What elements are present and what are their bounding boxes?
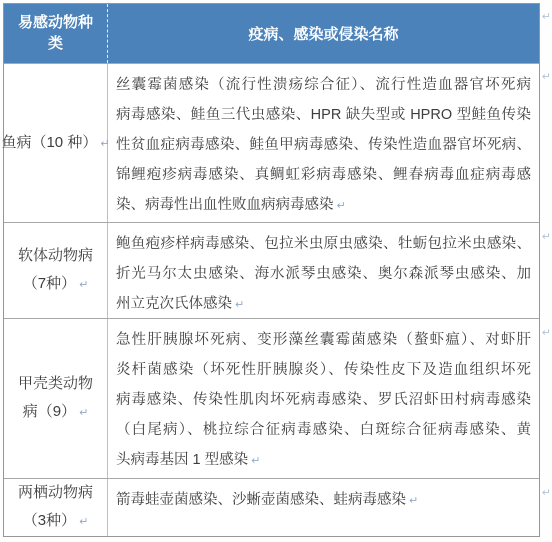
species-cell-amphibian: 两栖动物病 （3种）↵	[4, 479, 108, 536]
disease-text: 染、病毒性出血性败血病病毒感染	[116, 197, 334, 213]
species-cell-fish: 鱼病（10 种）↵	[4, 64, 108, 223]
paragraph-mark: ↵	[79, 279, 88, 291]
species-text: （3种）	[23, 512, 76, 529]
disease-line: 折光马尔太虫感染、海水派琴虫感染、奥尔森派琴虫感染、加	[116, 259, 531, 289]
species-label: 两栖动物病	[18, 479, 93, 507]
disease-text: 头病毒基因 1 型感染	[116, 452, 248, 468]
row-end-mark: ↵	[542, 328, 551, 339]
species-label: 软体动物病	[18, 242, 93, 270]
row-end-mark: ↵	[542, 232, 551, 243]
disease-line: （白尾病）、桃拉综合征病毒感染、白斑综合征病毒感染、黄	[116, 415, 531, 445]
paragraph-mark: ↵	[235, 299, 244, 311]
table-header-row: 易感动物种 类 疫病、感染或侵染名称	[4, 4, 539, 63]
aquatic-disease-table: 易感动物种 类 疫病、感染或侵染名称 鱼病（10 种）↵ 丝囊霉菌感染（流行性溃…	[3, 3, 540, 537]
disease-text: 箭毒蛙壶菌感染、沙蜥壶菌感染、蛙病毒感染	[116, 492, 406, 508]
diseases-cell-amphibian: 箭毒蛙壶菌感染、沙蜥壶菌感染、蛙病毒感染↵	[108, 479, 539, 536]
species-label: （7种）↵	[23, 270, 89, 299]
table-row-crustacean: 甲壳类动物 病（9）↵ 急性肝胰腺坏死病、变形藻丝囊霉菌感染（螯虾瘟）、对虾肝 …	[4, 318, 539, 478]
table-row-fish: 鱼病（10 种）↵ 丝囊霉菌感染（流行性溃疡综合征）、流行性造血器官坏死病 病毒…	[4, 63, 539, 223]
paragraph-mark: ↵	[251, 455, 260, 467]
disease-line: 锦鲤疱疹病毒感染、真鲷虹彩病毒感染、鲤春病毒血症病毒感	[116, 160, 531, 190]
diseases-cell-crustacean: 急性肝胰腺坏死病、变形藻丝囊霉菌感染（螯虾瘟）、对虾肝 炎杆菌感染（坏死性肝胰腺…	[108, 319, 539, 478]
row-end-mark: ↵	[542, 488, 551, 499]
disease-line: 病毒感染、传染性肌肉坏死病毒感染、罗氏沼虾田村病毒感染	[116, 385, 531, 415]
diseases-cell-mollusc: 鲍鱼疱疹样病毒感染、包拉米虫原虫感染、牡蛎包拉米虫感染、 折光马尔太虫感染、海水…	[108, 223, 539, 318]
header-disease-column: 疫病、感染或侵染名称	[108, 4, 539, 63]
disease-line: 性贫血症病毒感染、鲑鱼甲病毒感染、传染性造血器官坏死病、	[116, 130, 531, 160]
species-cell-crustacean: 甲壳类动物 病（9）↵	[4, 319, 108, 478]
table-row-amphibian: 两栖动物病 （3种）↵ 箭毒蛙壶菌感染、沙蜥壶菌感染、蛙病毒感染↵	[4, 478, 539, 536]
species-label: 鱼病（10 种）↵	[1, 129, 109, 158]
species-text: 鱼病（10 种）	[1, 134, 97, 151]
disease-line: 急性肝胰腺坏死病、变形藻丝囊霉菌感染（螯虾瘟）、对虾肝	[116, 325, 531, 355]
species-text: （7种）	[23, 275, 76, 292]
diseases-cell-fish: 丝囊霉菌感染（流行性溃疡综合征）、流行性造血器官坏死病 病毒感染、鲑鱼三代虫感染…	[108, 64, 539, 223]
paragraph-mark: ↵	[409, 495, 418, 507]
disease-line: 头病毒基因 1 型感染↵	[116, 445, 531, 476]
disease-line: 炎杆菌感染（坏死性肝胰腺炎）、传染性皮下及造血组织坏死	[116, 355, 531, 385]
species-label: 甲壳类动物	[18, 370, 93, 398]
disease-line: 鲍鱼疱疹样病毒感染、包拉米虫原虫感染、牡蛎包拉米虫感染、	[116, 229, 531, 259]
paragraph-mark: ↵	[79, 516, 88, 528]
disease-line: 州立克次氏体感染↵	[116, 289, 531, 320]
row-end-mark: ↵	[542, 12, 551, 23]
document-page: 易感动物种 类 疫病、感染或侵染名称 鱼病（10 种）↵ 丝囊霉菌感染（流行性溃…	[0, 0, 552, 542]
table-row-mollusc: 软体动物病 （7种）↵ 鲍鱼疱疹样病毒感染、包拉米虫原虫感染、牡蛎包拉米虫感染、…	[4, 222, 539, 318]
species-text: 病（9）	[23, 403, 76, 420]
header-species-label-line1: 易感动物种	[18, 12, 93, 33]
row-end-mark: ↵	[542, 72, 551, 83]
disease-line: 病毒感染、鲑鱼三代虫感染、HPR 缺失型或 HPRO 型鲑鱼传染	[116, 100, 531, 130]
header-disease-label: 疫病、感染或侵染名称	[248, 23, 398, 44]
disease-text: 州立克次氏体感染	[116, 296, 232, 312]
disease-line: 染、病毒性出血性败血病病毒感染↵	[116, 190, 531, 221]
species-cell-mollusc: 软体动物病 （7种）↵	[4, 223, 108, 318]
disease-line: 丝囊霉菌感染（流行性溃疡综合征）、流行性造血器官坏死病	[116, 70, 531, 100]
paragraph-mark: ↵	[79, 407, 88, 419]
species-label: 病（9）↵	[23, 398, 89, 427]
species-label: （3种）↵	[23, 507, 89, 536]
header-species-label-line2: 类	[48, 33, 63, 54]
disease-line: 箭毒蛙壶菌感染、沙蜥壶菌感染、蛙病毒感染↵	[116, 485, 531, 516]
header-species-column: 易感动物种 类	[4, 4, 108, 63]
paragraph-mark: ↵	[337, 200, 346, 212]
